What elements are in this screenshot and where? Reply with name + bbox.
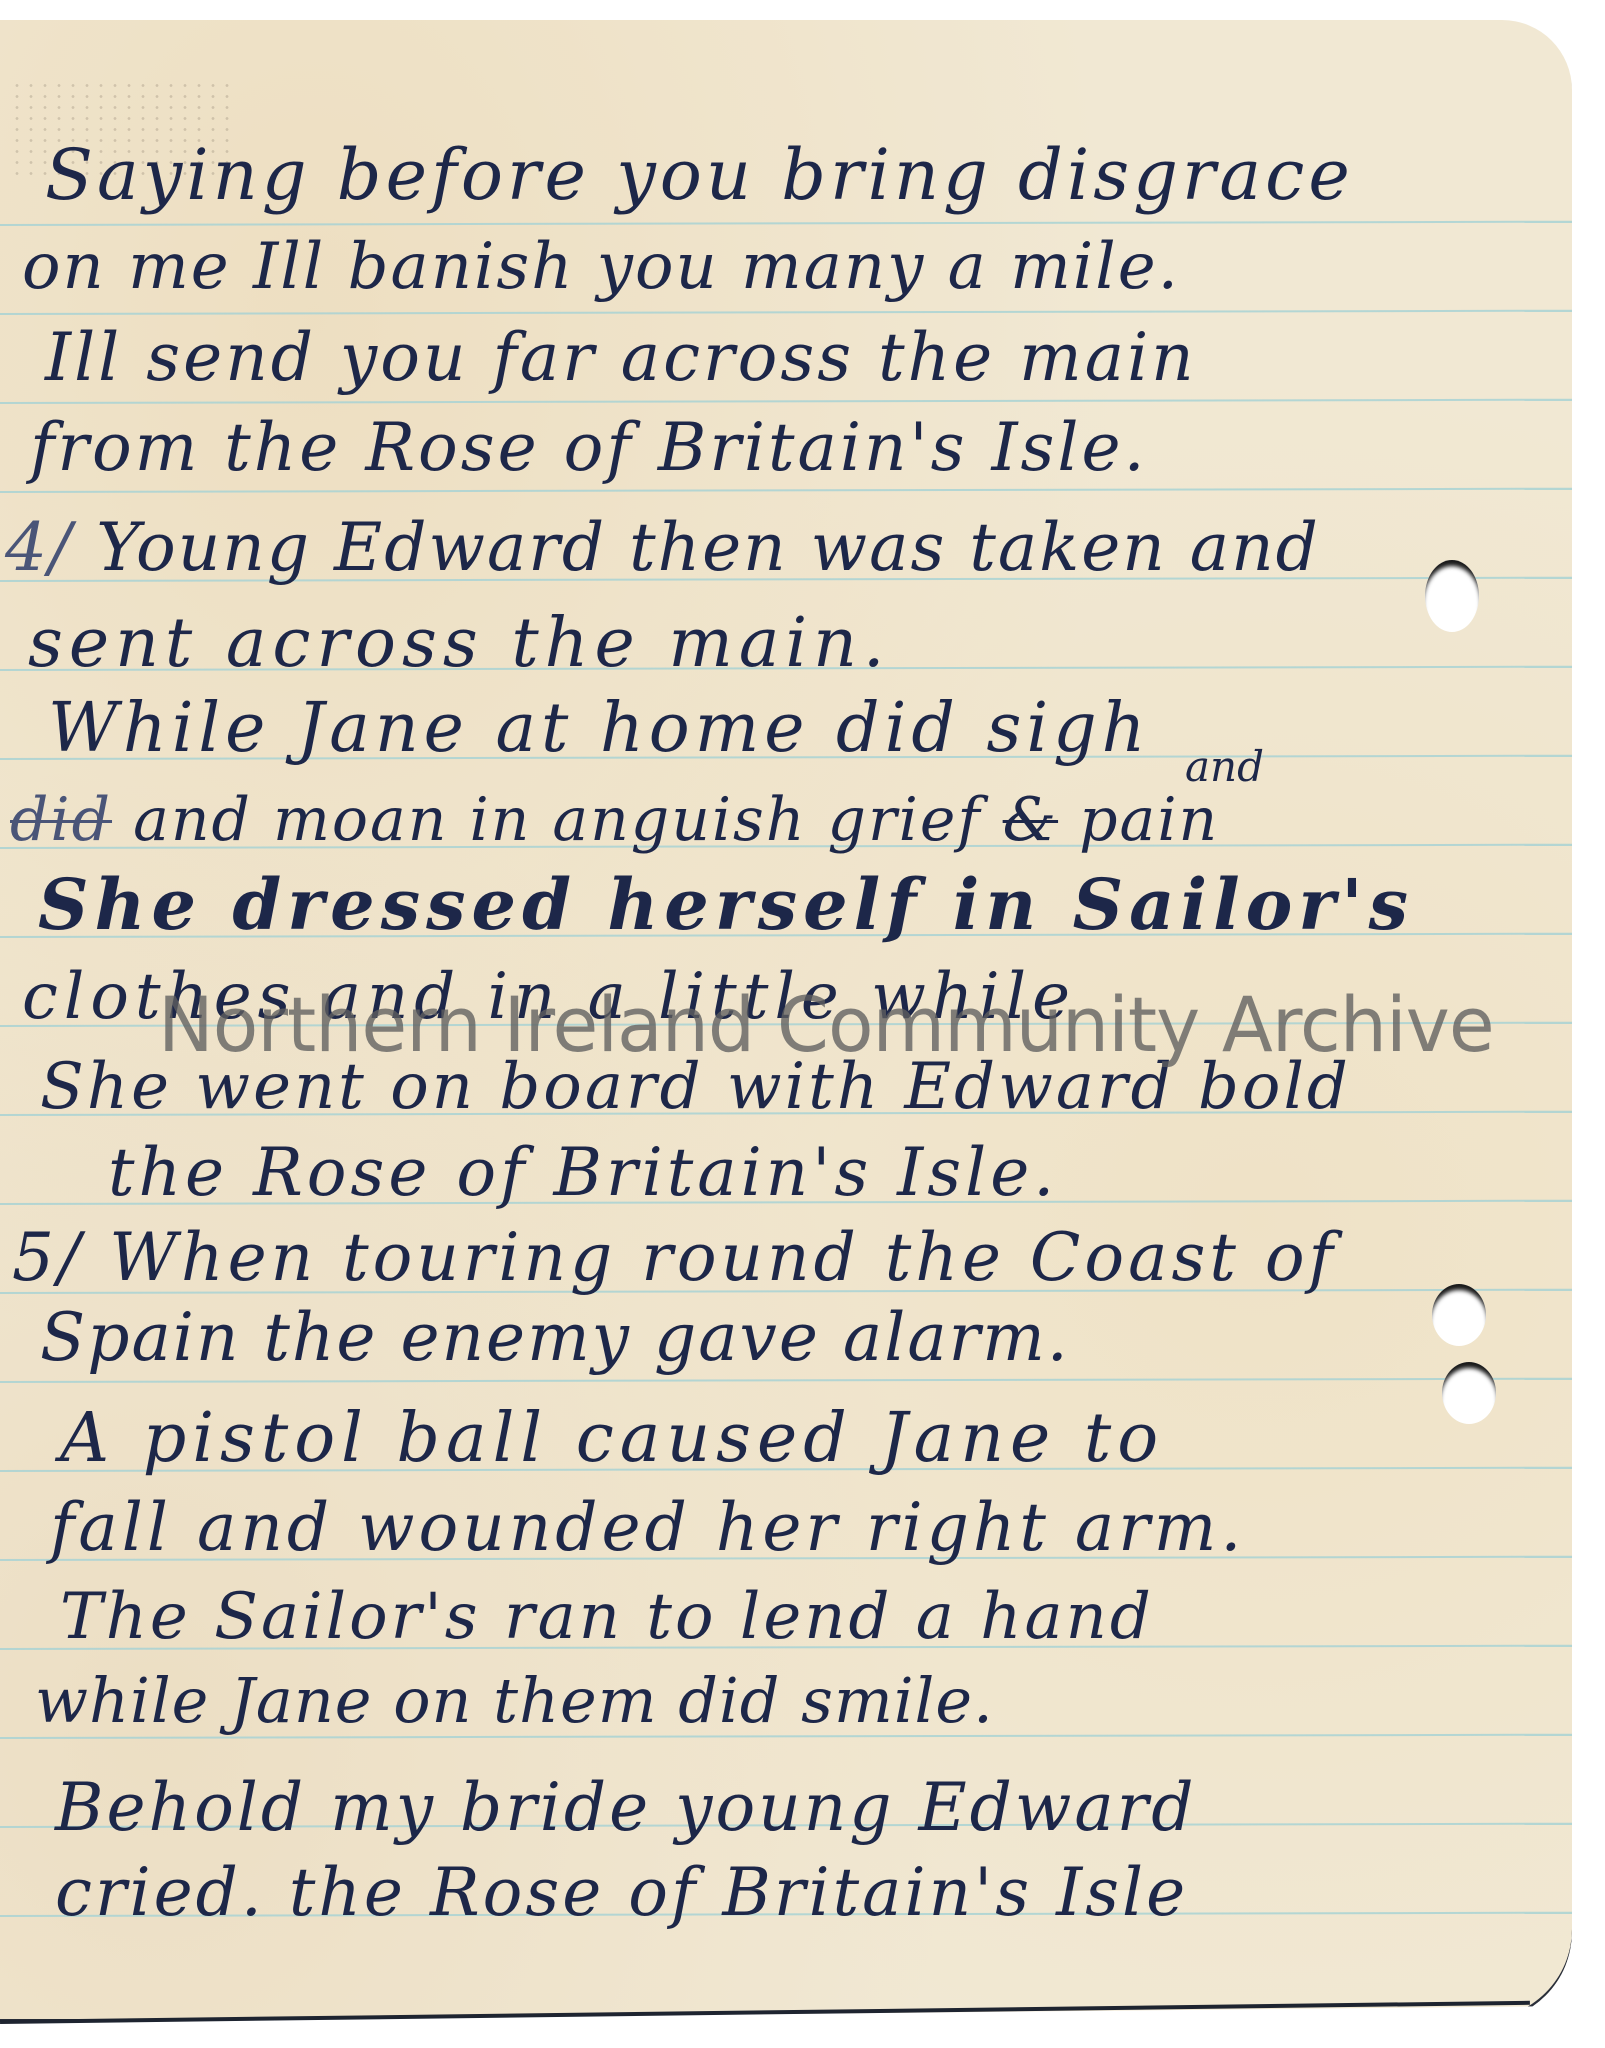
lyric-text: While Jane at home did sigh <box>48 689 1150 768</box>
lyric-line-9: She dressed herself in Sailor's <box>38 870 1414 940</box>
lyric-text: and moan in anguish grief <box>133 785 981 855</box>
lyric-line-2: on me Ill banish you many a mile. <box>22 235 1180 299</box>
lyric-line-19: Behold my bride young Edward <box>55 1775 1197 1841</box>
lyric-line-5: 4/ Young Edward then was taken and <box>5 515 1320 581</box>
lyric-text: from the Rose of Britain's Isle. <box>30 409 1148 486</box>
lyric-line-6: sent across the main. <box>28 610 891 678</box>
lyric-line-17: The Sailor's ran to lend a hand <box>60 1585 1154 1649</box>
lyric-line-12: the Rose of Britain's Isle. <box>108 1140 1058 1206</box>
lyric-text: Ill send you far across the main <box>45 319 1197 396</box>
lyric-line-1: Saying before you bring disgrace <box>45 140 1354 210</box>
inserted-word: and <box>1185 742 1264 791</box>
lyric-text: She dressed herself in Sailor's <box>38 863 1414 946</box>
lyric-line-18: while Jane on them did smile. <box>35 1670 994 1732</box>
lyric-line-16: fall and wounded her right arm. <box>50 1495 1245 1561</box>
lyric-line-7: While Jane at home did sigh <box>48 695 1150 763</box>
lyric-text: fall and wounded her right arm. <box>50 1489 1245 1566</box>
lyric-text: A pistol ball caused Jane to <box>60 1399 1164 1478</box>
lyric-text: cried. the Rose of Britain's Isle <box>55 1854 1188 1931</box>
lyric-line-20: cried. the Rose of Britain's Isle <box>55 1860 1188 1926</box>
lyric-text: Saying before you bring disgrace <box>45 134 1354 216</box>
lyric-text: Behold my bride young Edward <box>55 1769 1197 1846</box>
lyric-text: When touring round the Coast of <box>109 1219 1337 1296</box>
lyric-line-3: Ill send you far across the main <box>45 325 1197 391</box>
lyric-line-4: from the Rose of Britain's Isle. <box>30 415 1148 481</box>
lyric-line-13: 5/ When touring round the Coast of <box>12 1225 1337 1291</box>
archive-watermark: Northern Ireland Community Archive <box>158 980 1494 1069</box>
verse-number: 5/ <box>12 1219 84 1296</box>
lyric-line-14: Spain the enemy gave alarm. <box>40 1305 1070 1371</box>
punch-hole <box>1432 1284 1486 1346</box>
punch-hole <box>1425 560 1479 632</box>
lyric-text: sent across the main. <box>28 604 891 683</box>
lyric-text: Young Edward then was taken and <box>96 509 1320 586</box>
lyric-text: Spain the enemy gave alarm. <box>40 1299 1070 1376</box>
struck-word: did <box>10 785 112 855</box>
lyric-text: The Sailor's ran to lend a hand <box>60 1580 1154 1654</box>
lyric-text: on me Ill banish you many a mile. <box>22 230 1180 304</box>
lyric-line-15: A pistol ball caused Jane to <box>60 1405 1164 1473</box>
lyric-line-8: did and moan in anguish grief & pain <box>10 790 1219 850</box>
struck-ampersand: & <box>1003 785 1058 855</box>
verse-number: 4/ <box>5 509 73 586</box>
lyric-text-tail: pain <box>1079 785 1219 855</box>
lyric-text: the Rose of Britain's Isle. <box>108 1134 1058 1211</box>
punch-hole <box>1442 1362 1496 1424</box>
lyric-text: while Jane on them did smile. <box>35 1664 994 1737</box>
